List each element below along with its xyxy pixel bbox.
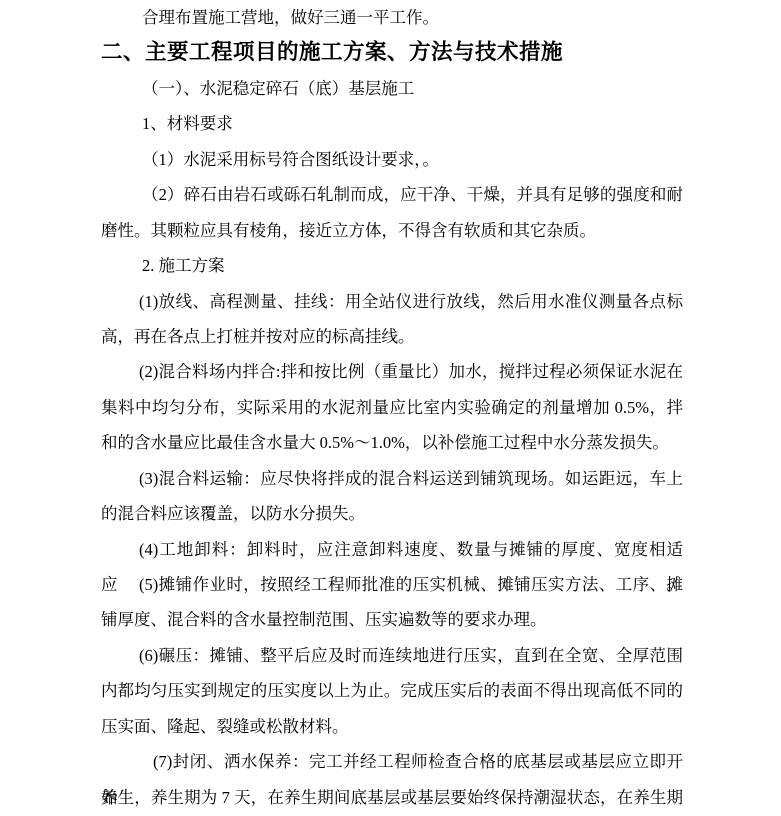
- doc-line: 压实面、隆起、裂缝或松散材料。: [101, 709, 683, 744]
- doc-line: (7)封闭、洒水保养：完工并经工程师检查合格的底基层或基层应立即开始: [101, 744, 683, 779]
- section-heading: 二、主要工程项目的施工方案、方法与技术措施: [101, 35, 683, 70]
- doc-line: 养生，养生期为 7 天，在养生期间底基层或基层要始终保持潮湿状态，在养生期: [101, 780, 683, 815]
- doc-line: （2）碎石由岩石或砾石轧制而成，应干净、干燥，并具有足够的强度和耐: [101, 177, 683, 212]
- doc-line: (6)碾压：摊铺、整平后应及时而连续地进行压实，直到在全宽、全厚范围: [101, 638, 683, 673]
- doc-line: 内都均匀压实到规定的压实度以上为止。完成压实后的表面不得出现高低不同的: [101, 673, 683, 708]
- doc-line: 集料中均匀分布，实际采用的水泥剂量应比室内实验确定的剂量增加 0.5%，拌: [101, 390, 683, 425]
- doc-line: (1)放线、高程测量、挂线：用全站仪进行放线，然后用水准仪测量各点标: [101, 284, 683, 319]
- doc-line: 高，再在各点上打桩并按对应的标高挂线。: [101, 319, 683, 354]
- doc-line: 的混合料应该覆盖，以防水分损失。: [101, 496, 683, 531]
- doc-line: 磨性。其颗粒应具有棱角，接近立方体，不得含有软质和其它杂质。: [101, 213, 683, 248]
- doc-line: （1）水泥采用标号符合图纸设计要求，。: [101, 142, 683, 177]
- subsection-title: （一）、水泥稳定碎石（底）基层施工: [101, 71, 683, 106]
- document-body: 合理布置施工营地，做好三通一平工作。 二、主要工程项目的施工方案、方法与技术措施…: [101, 0, 683, 815]
- doc-line: 和的含水量应比最佳含水量大 0.5%～1.0%，以补偿施工过程中水分蒸发损失。: [101, 425, 683, 460]
- list-item-title: 1、材料要求: [101, 106, 683, 141]
- doc-line: (3)混合料运输：应尽快将拌成的混合料运送到铺筑现场。如运距远，车上: [101, 461, 683, 496]
- doc-line: (2)混合料场内拌合:拌和按比例（重量比）加水，搅拌过程必须保证水泥在: [101, 354, 683, 389]
- doc-line: (5)摊铺作业时，按照经工程师批准的压实机械、摊铺压实方法、工序、摊: [101, 567, 683, 602]
- doc-line: 合理布置施工营地，做好三通一平工作。: [101, 0, 683, 35]
- list-item-title: 2. 施工方案: [101, 248, 683, 283]
- doc-line: 铺厚度、混合料的含水量控制范围、压实遍数等的要求办理。: [101, 602, 683, 637]
- doc-line: (4)工地卸料：卸料时，应注意卸料速度、数量与摊铺的厚度、宽度相适应。: [101, 532, 683, 567]
